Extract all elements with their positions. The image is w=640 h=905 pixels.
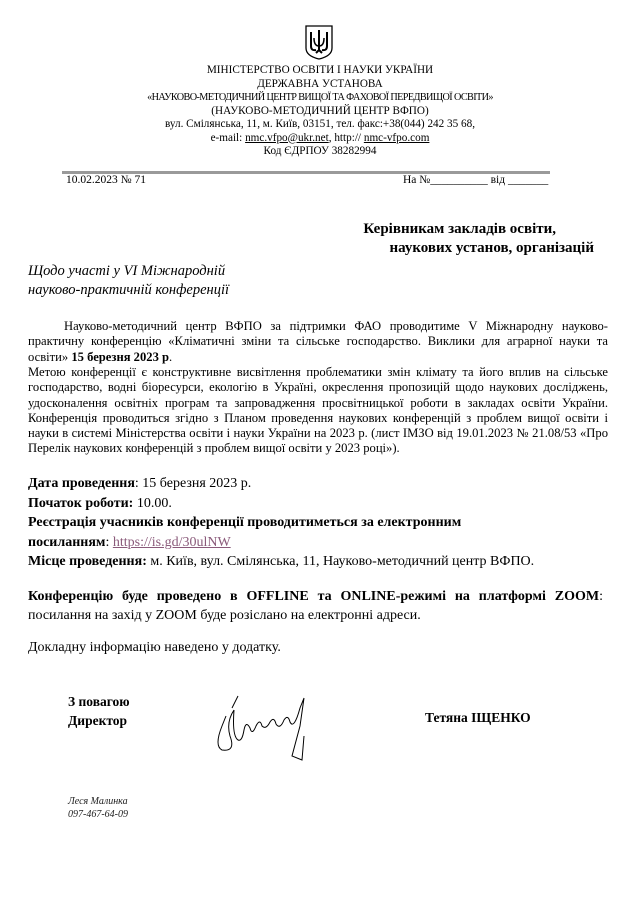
intro-paragraph: Науково-методичний центр ВФПО за підтрим…	[28, 319, 608, 365]
institution-type: ДЕРЖАВНА УСТАНОВА	[0, 78, 640, 92]
email-link[interactable]: nmc.vfpo@ukr.net	[245, 132, 329, 144]
letterhead: МІНІСТЕРСТВО ОСВІТИ І НАУКИ УКРАЇНИ ДЕРЖ…	[0, 64, 640, 159]
start-label: Початок роботи:	[28, 496, 133, 511]
registration-colon: :	[105, 535, 112, 550]
addressee: Керівникам закладів освіти, наукових уст…	[363, 220, 594, 258]
address-line: вул. Смілянська, 11, м. Київ, 03151, тел…	[0, 118, 640, 132]
more-info: Докладну інформацію наведено у додатку.	[28, 640, 281, 656]
http-prefix: , http://	[329, 132, 364, 144]
ministry-name: МІНІСТЕРСТВО ОСВІТИ І НАУКИ УКРАЇНИ	[0, 64, 640, 78]
ukraine-coat-of-arms-icon	[304, 24, 334, 60]
contacts-line: e-mail: nmc.vfpo@ukr.net, http:// nmc-vf…	[0, 132, 640, 146]
executor-phone: 097-467-64-09	[68, 808, 128, 821]
institution-full-name: «НАУКОВО-МЕТОДИЧНИЙ ЦЕНТР ВИЩОЇ ТА ФАХОВ…	[0, 91, 640, 105]
start-field: Початок роботи: 10.00.	[28, 494, 608, 514]
subject: Щодо участі у VI Міжнародній науково-пра…	[28, 262, 229, 300]
website-link[interactable]: nmc-vfpo.com	[364, 132, 430, 144]
start-value: 10.00.	[133, 496, 172, 511]
format-bold: Конференцію буде проведено в OFFLINE та …	[28, 589, 599, 604]
closing: З повагою	[68, 692, 130, 711]
executor-name: Леся Малинка	[68, 795, 128, 808]
format-paragraph: Конференцію буде проведено в OFFLINE та …	[28, 587, 603, 625]
handwritten-signature-icon	[208, 686, 318, 766]
subject-line-1: Щодо участі у VI Міжнародній	[28, 262, 229, 281]
intro-end: .	[169, 350, 172, 364]
conference-date-bold: 15 березня 2023 р	[71, 350, 169, 364]
institution-short-name: (НАУКОВО-МЕТОДИЧНИЙ ЦЕНТР ВФПО)	[0, 105, 640, 119]
date-value: : 15 березня 2023 р.	[135, 476, 251, 491]
place-field: Місце проведення: м. Київ, вул. Смілянсь…	[28, 554, 618, 570]
email-prefix: e-mail:	[211, 132, 245, 144]
addressee-line-1: Керівникам закладів освіти,	[363, 220, 556, 239]
executor-contact: Леся Малинка 097-467-64-09	[68, 795, 128, 821]
date-label: Дата проведення	[28, 476, 135, 491]
date-field: Дата проведення: 15 березня 2023 р.	[28, 474, 608, 494]
registration-label: Реєстрація учасників конференції проводи…	[28, 515, 461, 550]
purpose-paragraph: Метою конференції є конструктивне висвіт…	[28, 365, 608, 457]
place-value: м. Київ, вул. Смілянська, 11, Науково-ме…	[147, 554, 534, 569]
subject-line-2: науково-практичній конференції	[28, 281, 229, 300]
signature-block: З повагою Директор	[68, 692, 130, 730]
place-label: Місце проведення:	[28, 554, 147, 569]
event-details: Дата проведення: 15 березня 2023 р. Поча…	[28, 474, 608, 552]
signatory-name: Тетяна ІЩЕНКО	[425, 710, 531, 726]
registration-link[interactable]: https://is.gd/30ulNW	[113, 535, 231, 550]
position: Директор	[68, 711, 130, 730]
addressee-line-2: наукових установ, організацій	[363, 239, 594, 258]
registration-field: Реєстрація учасників конференції проводи…	[28, 513, 508, 552]
incoming-reference: На №__________ від _______	[403, 174, 548, 186]
edrpou-code: Код ЄДРПОУ 38282994	[0, 145, 640, 159]
outgoing-reference: 10.02.2023 № 71	[66, 174, 146, 186]
